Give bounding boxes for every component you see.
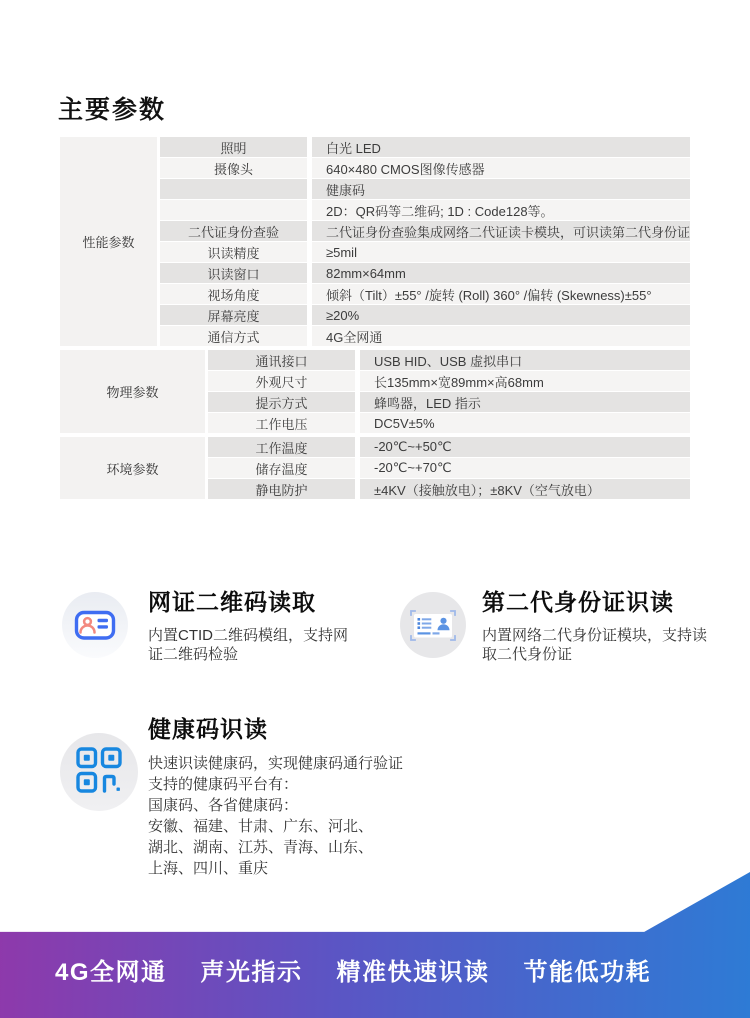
param-label: 二代证身份查验 [160, 221, 307, 241]
table-section-environment: 环境参数 工作温度-20℃~+50℃ 储存温度-20℃~+70℃ 静电防护±4K… [60, 437, 690, 499]
table-row: 通信方式4G全网通 [160, 326, 690, 346]
param-label: 工作电压 [208, 413, 355, 433]
feature-id-card: 第二代身份证识读 内置网络二代身份证模块，支持读 取二代身份证 [482, 584, 732, 664]
param-value: 2D：QR码等二维码; 1D : Code128等。 [312, 200, 690, 220]
table-row: 屏幕亮度≥20% [160, 305, 690, 325]
param-label: 识读精度 [160, 242, 307, 262]
feature-description: 内置网络二代身份证模块，支持读 取二代身份证 [482, 626, 732, 664]
table-row: 储存温度-20℃~+70℃ [208, 458, 690, 478]
table-row: 摄像头640×480 CMOS图像传感器 [160, 158, 690, 178]
param-label: 工作温度 [208, 437, 355, 457]
param-label: 视场角度 [160, 284, 307, 304]
param-value: ≥5mil [312, 242, 690, 262]
banner-item: 4G全网通 [55, 952, 167, 987]
param-value: 82mm×64mm [312, 263, 690, 283]
param-value: 640×480 CMOS图像传感器 [312, 158, 690, 178]
param-label: 通信方式 [160, 326, 307, 346]
table-row: 识读窗口82mm×64mm [160, 263, 690, 283]
param-value: 4G全网通 [312, 326, 690, 346]
table-row: 外观尺寸长135mm×宽89mm×高68mm [208, 371, 690, 391]
table-section-physical: 物理参数 通讯接口USB HID、USB 虚拟串口 外观尺寸长135mm×宽89… [60, 350, 690, 433]
param-label: 储存温度 [208, 458, 355, 478]
feature-title: 健康码识读 [148, 711, 478, 744]
param-label [160, 200, 307, 220]
param-value: 健康码 [312, 179, 690, 199]
param-label: 照明 [160, 137, 307, 157]
banner-item: 精准快速识读 [337, 952, 490, 987]
param-value: ≥20% [312, 305, 690, 325]
table-row: 提示方式蜂鸣器，LED 指示 [208, 392, 690, 412]
param-label: 屏幕亮度 [160, 305, 307, 325]
param-value: DC5V±5% [360, 413, 690, 433]
param-value: ±4KV（接触放电）；±8KV（空气放电） [360, 479, 690, 499]
param-value: 白光 LED [312, 137, 690, 157]
param-value: -20℃~+70℃ [360, 458, 690, 478]
page-title: 主要参数 [58, 90, 166, 126]
feature-ctid: 网证二维码读取 内置CTID二维码模组，支持网 证二维码检验 [148, 584, 393, 664]
table-row: 健康码 [160, 179, 690, 199]
param-label: 识读窗口 [160, 263, 307, 283]
banner-item: 声光指示 [201, 952, 303, 987]
table-row: 工作温度-20℃~+50℃ [208, 437, 690, 457]
param-value: 二代证身份查验集成网络二代证读卡模块，可识读第二代身份证 [312, 221, 690, 241]
param-label: 通讯接口 [208, 350, 355, 370]
table-row: 工作电压DC5V±5% [208, 413, 690, 433]
param-value: 蜂鸣器，LED 指示 [360, 392, 690, 412]
id-card-icon [400, 592, 466, 663]
table-section-performance: 性能参数 照明白光 LED 摄像头640×480 CMOS图像传感器 健康码 2… [60, 137, 690, 346]
category-cell: 物理参数 [60, 350, 205, 433]
category-cell: 性能参数 [60, 137, 157, 346]
product-spec-page: 主要参数 性能参数 照明白光 LED 摄像头640×480 CMOS图像传感器 … [0, 0, 750, 1018]
banner-feature-list: 4G全网通 声光指示 精准快速识读 节能低功耗 [55, 952, 651, 987]
table-row: 照明白光 LED [160, 137, 690, 157]
param-value: 倾斜（Tilt）±55° /旋转 (Roll) 360° /偏转 (Skewne… [312, 284, 690, 304]
table-row: 识读精度≥5mil [160, 242, 690, 262]
ctid-card-icon [62, 592, 128, 663]
table-row: 二代证身份查验二代证身份查验集成网络二代证读卡模块，可识读第二代身份证 [160, 221, 690, 241]
banner-item: 节能低功耗 [524, 952, 652, 987]
param-label [160, 179, 307, 199]
table-row: 视场角度倾斜（Tilt）±55° /旋转 (Roll) 360° /偏转 (Sk… [160, 284, 690, 304]
table-row: 2D：QR码等二维码; 1D : Code128等。 [160, 200, 690, 220]
param-value: USB HID、USB 虚拟串口 [360, 350, 690, 370]
feature-description: 内置CTID二维码模组，支持网 证二维码检验 [148, 626, 393, 664]
param-value: 长135mm×宽89mm×高68mm [360, 371, 690, 391]
spec-table: 性能参数 照明白光 LED 摄像头640×480 CMOS图像传感器 健康码 2… [60, 137, 690, 503]
bottom-banner: 4G全网通 声光指示 精准快速识读 节能低功耗 [0, 872, 750, 1018]
param-label: 提示方式 [208, 392, 355, 412]
param-label: 摄像头 [160, 158, 307, 178]
feature-health-code: 健康码识读 快速识读健康码，实现健康码通行验证 支持的健康码平台有： 国康码、各… [148, 711, 478, 879]
feature-description: 快速识读健康码，实现健康码通行验证 支持的健康码平台有： 国康码、各省健康码： … [148, 753, 478, 879]
feature-title: 网证二维码读取 [148, 584, 393, 617]
qr-code-icon [60, 733, 138, 816]
param-value: -20℃~+50℃ [360, 437, 690, 457]
table-row: 通讯接口USB HID、USB 虚拟串口 [208, 350, 690, 370]
table-row: 静电防护±4KV（接触放电）；±8KV（空气放电） [208, 479, 690, 499]
feature-title: 第二代身份证识读 [482, 584, 732, 617]
param-label: 静电防护 [208, 479, 355, 499]
category-cell: 环境参数 [60, 437, 205, 499]
param-label: 外观尺寸 [208, 371, 355, 391]
